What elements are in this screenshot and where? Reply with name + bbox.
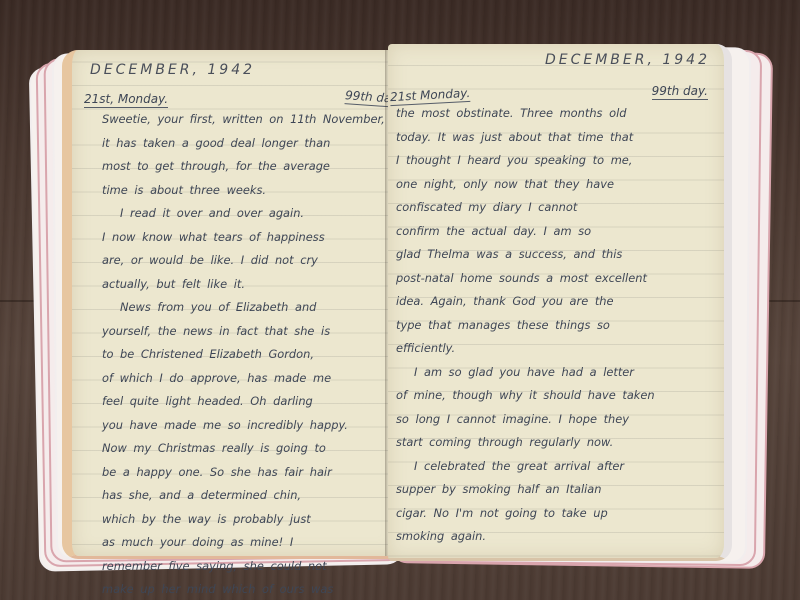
handwritten-line: Sweetie, your first, written on 11th Nov… [102, 108, 392, 132]
handwritten-line: smoking again. [396, 525, 706, 549]
handwritten-line: as much your doing as mine! I [102, 531, 392, 555]
handwritten-line: efficiently. [396, 337, 706, 361]
handwritten-line: of mine, though why it should have taken [396, 384, 706, 408]
handwritten-line: idea. Again, thank God you are the [396, 290, 706, 314]
handwritten-line: time is about three weeks. [102, 179, 392, 203]
handwritten-line: it has taken a good deal longer than [102, 132, 392, 156]
diary-entry-text: the most obstinate. Three months oldtoda… [396, 102, 706, 549]
handwritten-line: I celebrated the great arrival after [396, 455, 706, 479]
handwritten-line: today. It was just about that time that [396, 126, 706, 150]
handwritten-line: remember five saying, she could not [102, 555, 392, 579]
handwritten-line: feel quite light headed. Oh darling [102, 390, 392, 414]
handwritten-line: actually, but felt like it. [102, 273, 392, 297]
diary-entry-text: Sweetie, your first, written on 11th Nov… [102, 108, 392, 600]
handwritten-line: so long I cannot imagine. I hope they [396, 408, 706, 432]
handwritten-line: which by the way is probably just [102, 508, 392, 532]
handwritten-line: make up her mind which of ours was [102, 578, 392, 600]
handwritten-line: you have made me so incredibly happy. [102, 414, 392, 438]
handwritten-line: start coming through regularly now. [396, 431, 706, 455]
handwritten-line: post-natal home sounds a most excellent [396, 267, 706, 291]
entry-day-count: 99th day. [652, 84, 708, 100]
handwritten-line: yourself, the news in fact that she is [102, 320, 392, 344]
handwritten-line: the most obstinate. Three months old [396, 102, 706, 126]
handwritten-line: one night, only now that they have [396, 173, 706, 197]
handwritten-line: most to get through, for the average [102, 155, 392, 179]
handwritten-line: I am so glad you have had a letter [396, 361, 706, 385]
handwritten-line: News from you of Elizabeth and [102, 296, 392, 320]
open-diary: DECEMBER, 1942 21st, Monday. 99th day Sw… [0, 0, 800, 600]
handwritten-line: type that manages these things so [396, 314, 706, 338]
page-month-header: DECEMBER, 1942 [90, 62, 255, 78]
left-page: DECEMBER, 1942 21st, Monday. 99th day Sw… [62, 50, 400, 559]
handwritten-line: has she, and a determined chin, [102, 484, 392, 508]
handwritten-line: to be Christened Elizabeth Gordon, [102, 343, 392, 367]
handwritten-line: are, or would be like. I did not cry [102, 249, 392, 273]
entry-day-name: 21st, Monday. [84, 92, 168, 108]
handwritten-line: supper by smoking half an Italian [396, 478, 706, 502]
handwritten-line: I thought I heard you speaking to me, [396, 149, 706, 173]
handwritten-line: I now know what tears of happiness [102, 226, 392, 250]
handwritten-line: be a happy one. So she has fair hair [102, 461, 392, 485]
handwritten-line: Now my Christmas really is going to [102, 437, 392, 461]
handwritten-line: glad Thelma was a success, and this [396, 243, 706, 267]
handwritten-line: I read it over and over again. [102, 202, 392, 226]
handwritten-line: confirm the actual day. I am so [396, 220, 706, 244]
handwritten-line: confiscated my diary I cannot [396, 196, 706, 220]
handwritten-line: of which I do approve, has made me [102, 367, 392, 391]
handwritten-line: cigar. No I'm not going to take up [396, 502, 706, 526]
page-month-header: DECEMBER, 1942 [545, 52, 710, 68]
right-page: DECEMBER, 1942 21st Monday. 99th day. th… [388, 44, 732, 561]
